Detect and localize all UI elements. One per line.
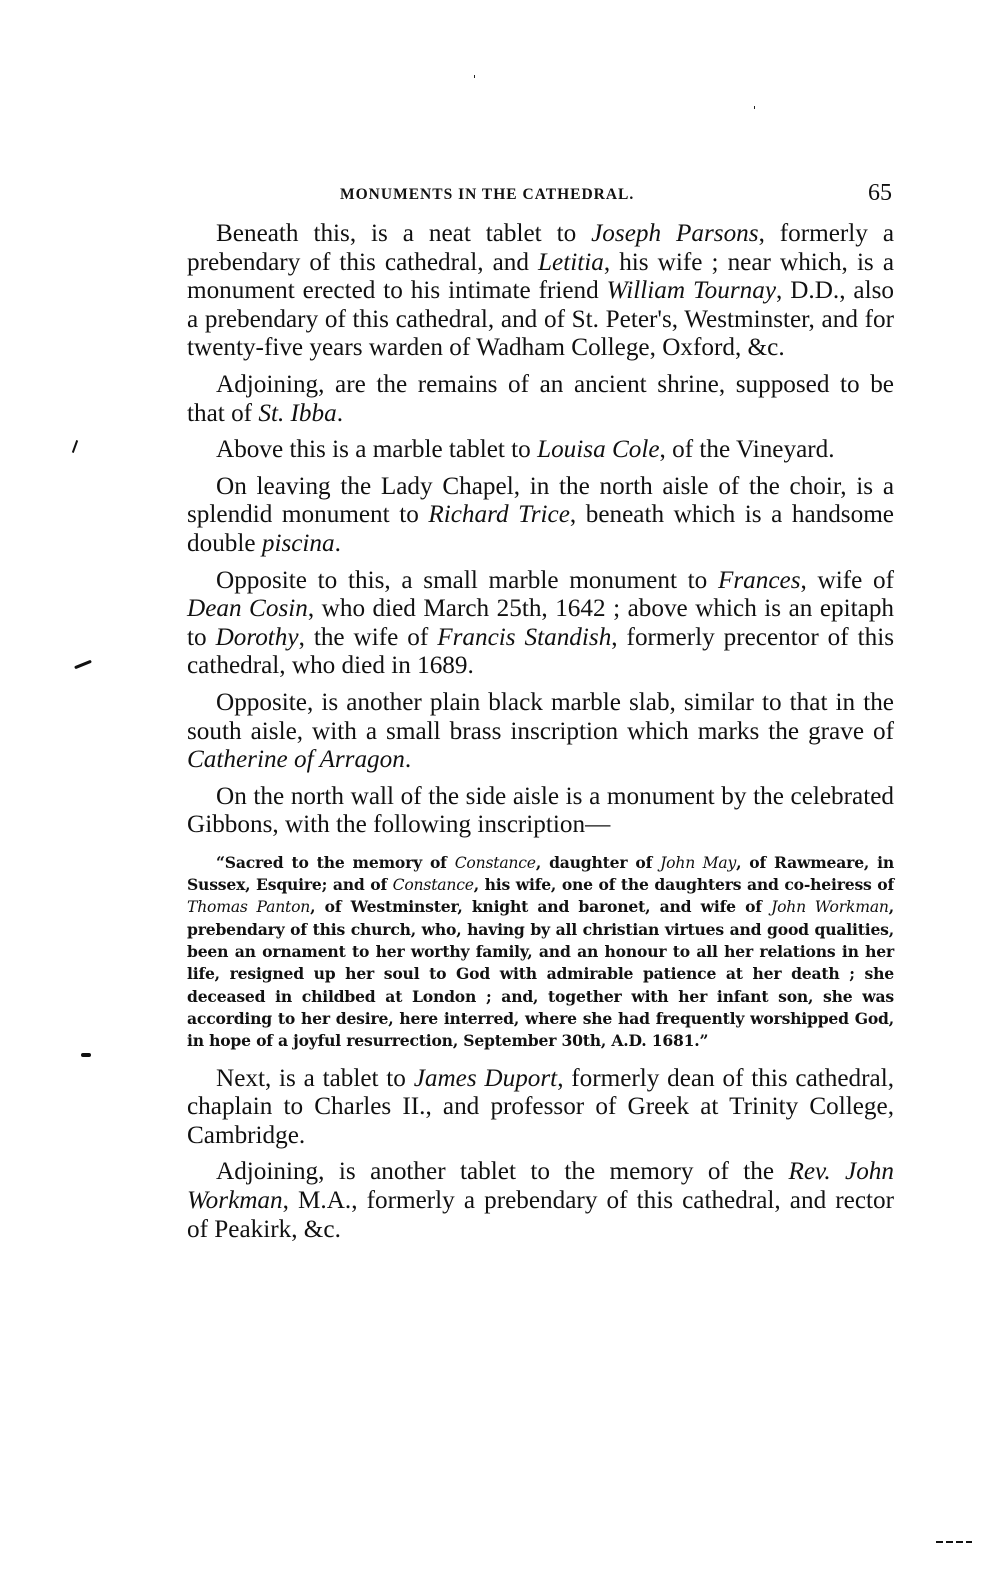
italic-name: Richard Trice [428, 501, 570, 528]
italic-name: William Tournay [607, 277, 776, 304]
italic-name: Constance [393, 876, 474, 894]
paragraph: Adjoining, are the remains of an ancient… [187, 371, 894, 428]
text-run: Beneath this, is a neat tablet to [216, 220, 591, 247]
text-run: Above this is a marble tablet to [216, 436, 537, 463]
text-run: “Sacred to the memory of [216, 853, 455, 872]
text-run: On the north wall of the side aisle is a… [187, 783, 894, 839]
paragraph: On the north wall of the side aisle is a… [187, 783, 894, 840]
closing-paragraph-list: Next, is a tablet to James Duport, forme… [187, 1065, 894, 1245]
text-run: . [335, 530, 341, 557]
paragraph: Adjoining, is another tablet to the memo… [187, 1158, 894, 1244]
italic-name: Frances [718, 567, 801, 594]
italic-name: St. Ibba [258, 400, 336, 427]
paragraph: Next, is a tablet to James Duport, forme… [187, 1065, 894, 1151]
text-run: , of the Vineyard. [660, 436, 835, 463]
text-run: Opposite to this, a small marble monumen… [216, 567, 718, 594]
paragraph: On leaving the Lady Chapel, in the north… [187, 473, 894, 559]
text-run: , of Westminster, knight and baronet, an… [310, 897, 771, 916]
paragraph-list: Beneath this, is a neat tablet to Joseph… [187, 220, 894, 840]
italic-name: Constance [455, 854, 536, 872]
stray-mark [754, 106, 755, 109]
italic-name: Louisa Cole [537, 436, 659, 463]
bottom-rule [936, 1541, 972, 1543]
running-title: MONUMENTS IN THE CATHEDRAL. [340, 186, 634, 204]
italic-name: Catherine of Arragon [187, 746, 405, 773]
italic-name: James Duport [414, 1065, 558, 1092]
text-run: , M.A., formerly a prebendary of this ca… [187, 1187, 894, 1243]
text-run: , his wife, one of the daughters and co-… [474, 875, 894, 894]
paragraph: Opposite, is another plain black marble … [187, 689, 894, 775]
margin-pencil-mark [81, 1053, 91, 1057]
text-run: Adjoining, is another tablet to the memo… [216, 1158, 788, 1185]
italic-name: Joseph Parsons [591, 220, 758, 247]
inscription-quote: “Sacred to the memory of Constance, daug… [187, 852, 894, 1053]
running-head: MONUMENTS IN THE CATHEDRAL. 65 [187, 180, 894, 216]
italic-name: Francis Standish [437, 624, 611, 651]
italic-name: Dean Cosin [187, 595, 308, 622]
body-text: Beneath this, is a neat tablet to Joseph… [187, 220, 894, 1244]
text-run: . [337, 400, 343, 427]
text-run: Next, is a tablet to [216, 1065, 414, 1092]
book-page: MONUMENTS IN THE CATHEDRAL. 65 Beneath t… [187, 180, 894, 1252]
italic-name: Letitia [538, 249, 604, 276]
text-run: , prebendary of this church, who, having… [187, 897, 894, 1050]
stray-mark [474, 75, 475, 78]
text-run: . [405, 746, 411, 773]
paragraph: Above this is a marble tablet to Louisa … [187, 436, 894, 465]
text-run: , the wife of [299, 624, 438, 651]
margin-pencil-mark [72, 440, 78, 453]
margin-pencil-mark [74, 660, 92, 670]
text-run: , daughter of [536, 853, 660, 872]
page-number: 65 [868, 180, 892, 207]
text-run: , wife of [801, 567, 894, 594]
italic-name: Thomas Panton [187, 898, 310, 916]
paragraph: Beneath this, is a neat tablet to Joseph… [187, 220, 894, 363]
text-run: Opposite, is another plain black marble … [187, 689, 894, 745]
italic-name: John May [660, 854, 736, 872]
italic-name: piscina [262, 530, 335, 557]
paragraph: Opposite to this, a small marble monumen… [187, 567, 894, 681]
italic-name: John Workman [771, 898, 889, 916]
italic-name: Dorothy [216, 624, 299, 651]
